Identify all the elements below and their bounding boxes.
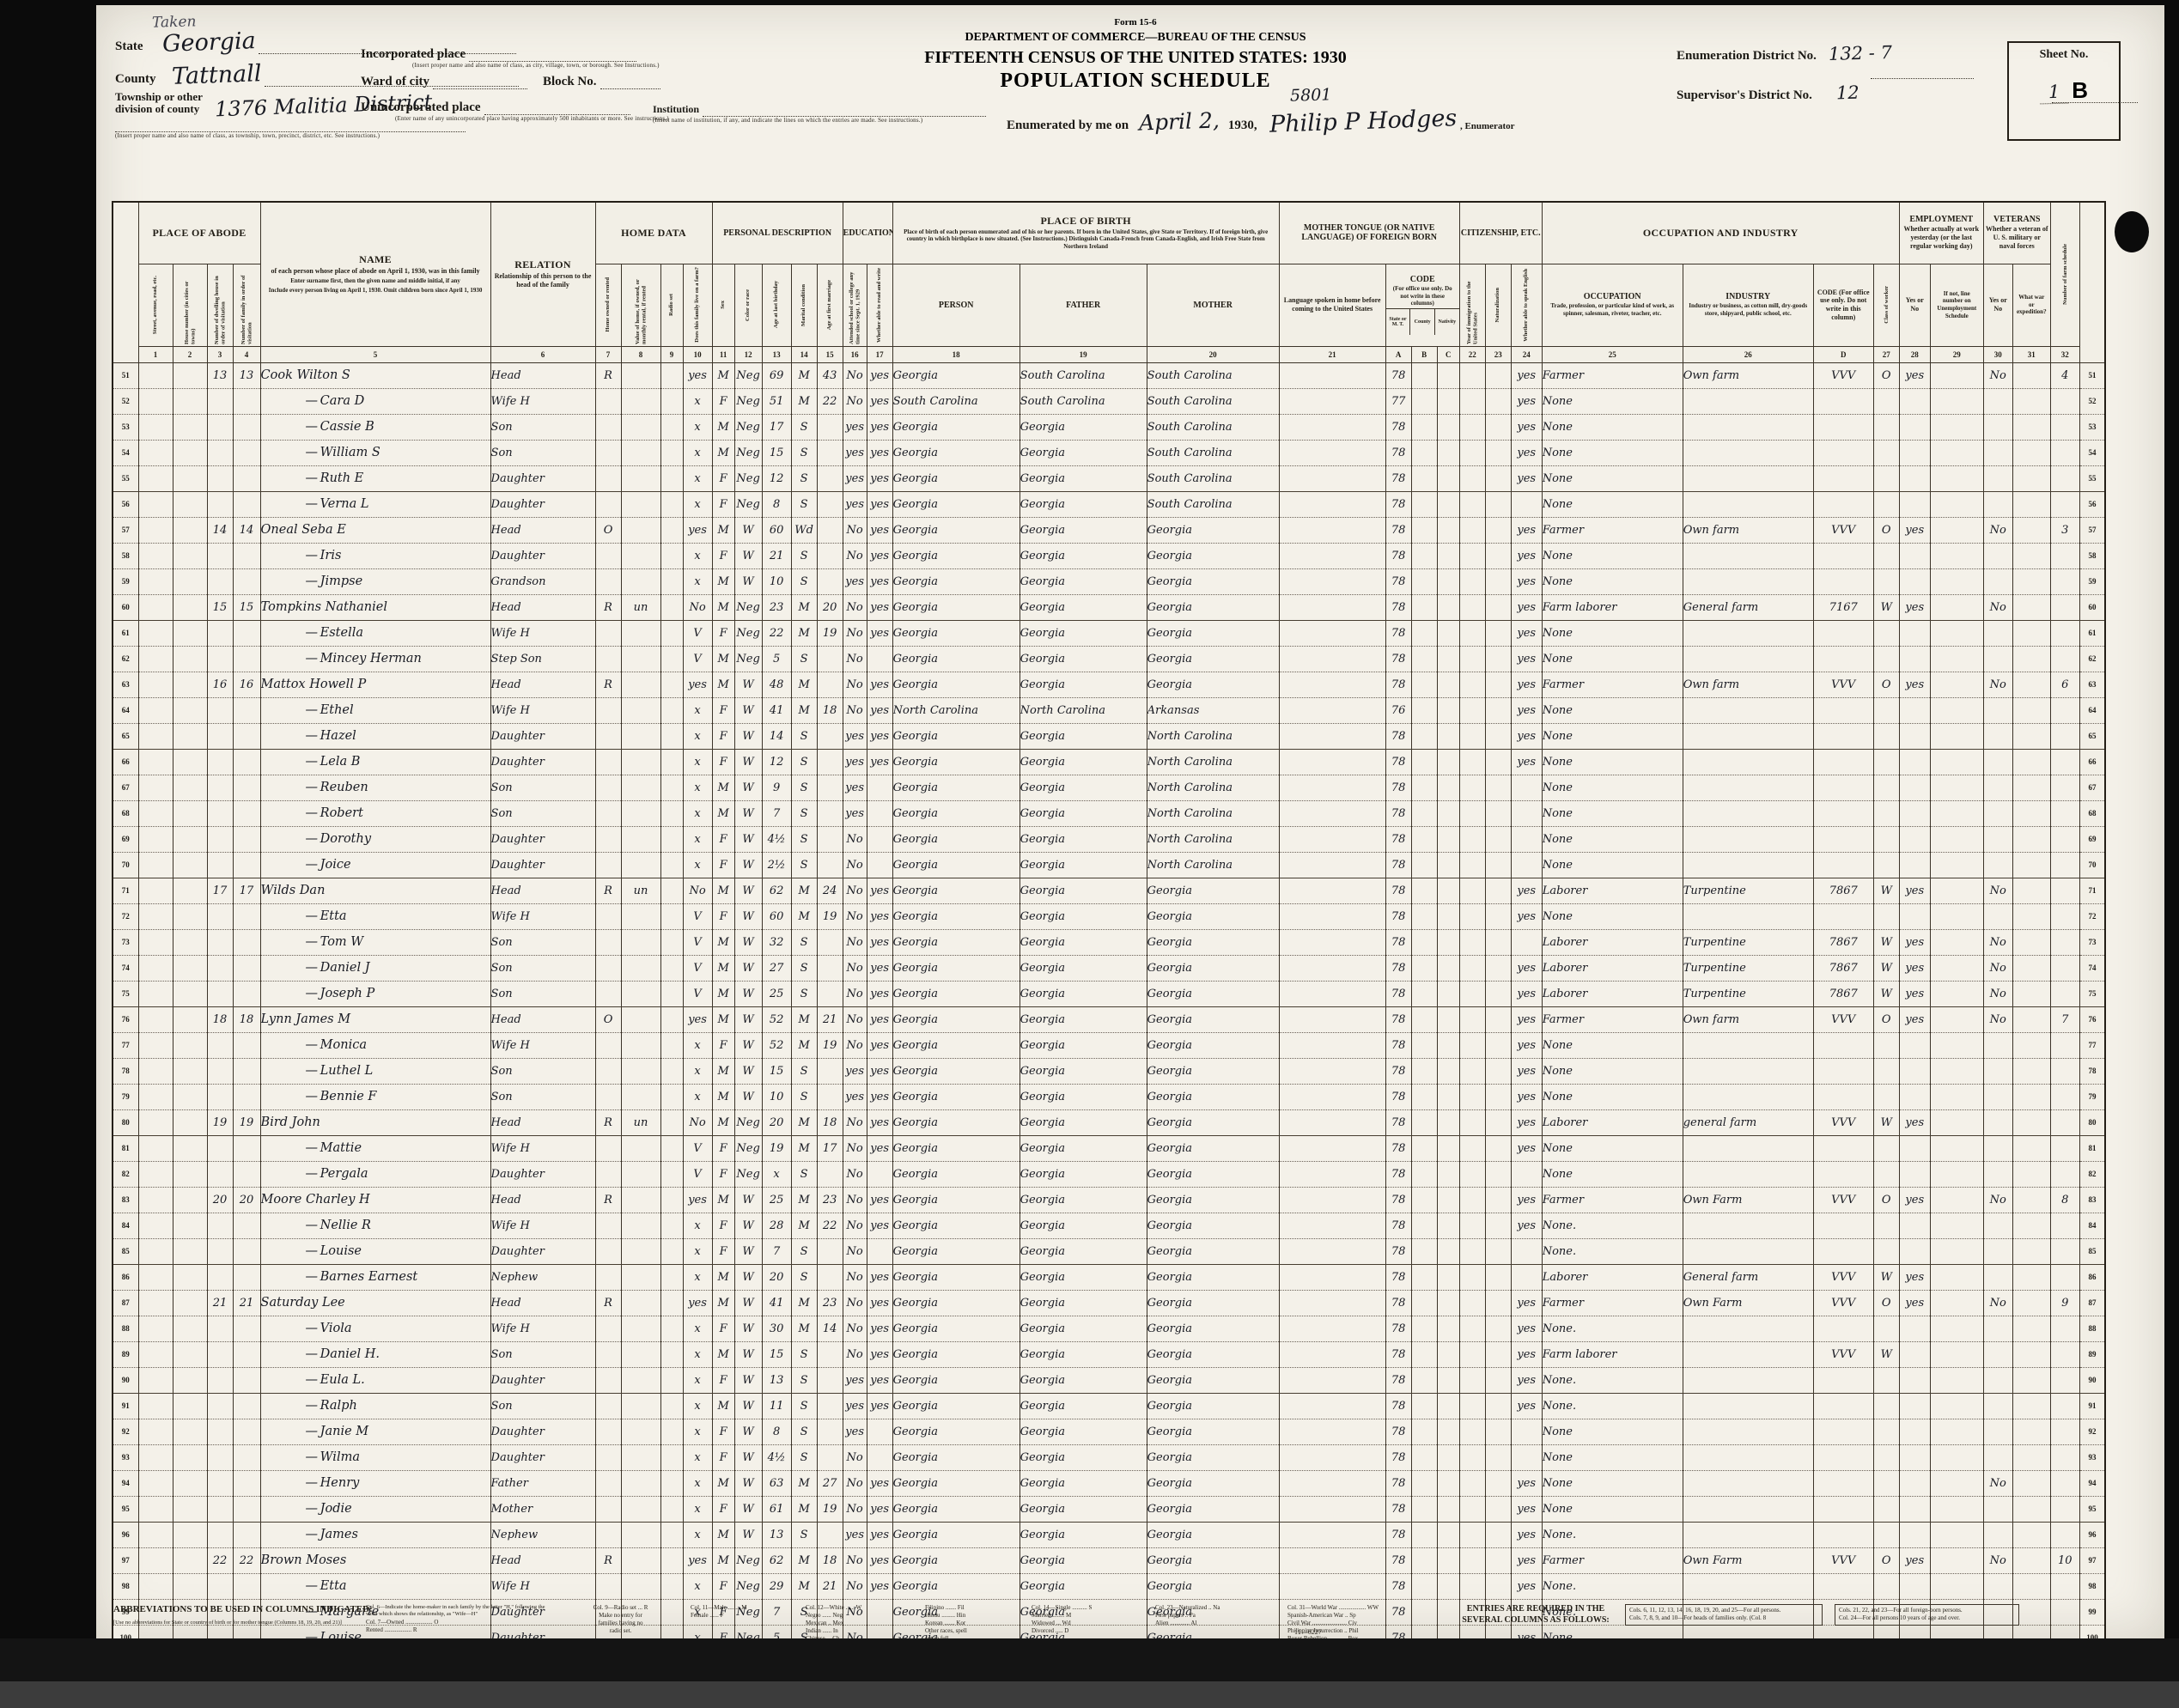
cell-rel: Daughter — [490, 749, 595, 775]
handwritten-entry: Georgia — [1020, 962, 1065, 975]
cell-value — [621, 1419, 660, 1444]
cell-war — [2012, 1161, 2050, 1187]
handwritten-entry: yes — [870, 1322, 889, 1335]
handwritten-entry: x — [694, 756, 700, 769]
cell-age: 29 — [762, 1573, 791, 1599]
handwritten-entry: South Carolina — [1147, 447, 1233, 459]
cell-war — [2012, 414, 2050, 440]
cell-ca: 78 — [1385, 826, 1411, 852]
handwritten-entry: Son — [491, 807, 513, 820]
handwritten-entry: 41 — [770, 1297, 784, 1310]
line-number: 85 — [2079, 1238, 2105, 1264]
cell-sch: No — [843, 1316, 867, 1341]
handwritten-entry: Georgia — [1020, 1477, 1065, 1490]
cell-agem — [817, 672, 843, 697]
cell-dw — [207, 697, 233, 723]
column-number: 13 — [762, 346, 791, 362]
schedule-title: POPULATION SCHEDULE — [843, 70, 1427, 93]
cell-pbm: Georgia — [1147, 543, 1279, 568]
cell-work — [1899, 749, 1930, 775]
cell-yim — [1459, 1547, 1485, 1573]
cell-own — [595, 929, 621, 955]
cell-farm: No — [683, 878, 712, 903]
cell-radio — [660, 1058, 683, 1084]
cell-pbm: South Carolina — [1147, 414, 1279, 440]
county-value: Tattnall — [171, 62, 261, 88]
sheet-value: 1 — [2040, 83, 2069, 105]
handwritten-entry: Georgia — [893, 1271, 938, 1284]
handwritten-entry: Georgia — [1147, 1580, 1192, 1593]
handwritten-entry: W — [742, 1194, 753, 1207]
handwritten-entry: yes — [845, 756, 864, 769]
handwritten-entry: O — [1882, 1013, 1891, 1026]
handwritten-entry: yes — [870, 1580, 889, 1593]
footer-line: Col. 31—World War .................. WW — [1287, 1604, 1446, 1612]
cell-cd — [1813, 1058, 1873, 1084]
cell-fs — [2050, 697, 2079, 723]
cell-sch: No — [843, 1187, 867, 1213]
handwritten-entry: un — [634, 1116, 648, 1129]
cell-sex: M — [712, 1006, 734, 1032]
col-language: Language spoken in home before coming to… — [1279, 264, 1385, 346]
cell-fam — [233, 1213, 260, 1238]
cell-rw: yes — [867, 723, 892, 749]
handwritten-entry: F — [720, 1168, 727, 1181]
cell-rw: yes — [867, 440, 892, 465]
cell-own — [595, 955, 621, 981]
cell-pbp: Georgia — [892, 1522, 1020, 1547]
handwritten-entry: yes — [870, 1271, 889, 1284]
cell-name: Louise — [260, 1238, 490, 1264]
handwritten-entry: F — [720, 1451, 727, 1464]
cell-age: 25 — [762, 981, 791, 1006]
cell-mar: M — [791, 362, 817, 388]
cell-name: Joseph P — [260, 981, 490, 1006]
handwritten-entry: R — [604, 601, 612, 614]
handwritten-entry: 78 — [1391, 1065, 1406, 1078]
cell-work: yes — [1899, 929, 1930, 955]
handwritten-entry: North Carolina — [1147, 756, 1233, 769]
abbrev-note: [Use no abbreviations for State or count… — [113, 1620, 354, 1626]
cell-eng: yes — [1511, 646, 1542, 672]
cell-radio — [660, 1444, 683, 1470]
cell-cls — [1873, 1522, 1899, 1547]
handwritten-entry: 76 — [1391, 704, 1406, 717]
cell-mar: S — [791, 852, 817, 878]
handwritten-entry: M — [798, 1554, 809, 1567]
sheet-letter: B — [2072, 77, 2088, 103]
handwritten-entry: No — [1990, 884, 2006, 897]
cell-ca: 78 — [1385, 1187, 1411, 1213]
cell-farm: V — [683, 646, 712, 672]
cell-name: Lela B — [260, 749, 490, 775]
col-employment-yesno: Yes or No — [1899, 264, 1930, 346]
cell-vet — [1983, 852, 2012, 878]
handwritten-entry: 43 — [823, 369, 837, 382]
handwritten-entry: Wife H — [491, 1219, 530, 1232]
handwritten-entry: yes — [870, 1013, 889, 1026]
cell-mar: S — [791, 1058, 817, 1084]
cell-sex: F — [712, 1135, 734, 1161]
cell-value — [621, 1213, 660, 1238]
cell-mar: M — [791, 1573, 817, 1599]
cell-cls — [1873, 1367, 1899, 1393]
handwritten-entry: 7867 — [1829, 884, 1858, 897]
cell-own — [595, 1084, 621, 1109]
cell-unemp — [1930, 929, 1983, 955]
cell-eng — [1511, 491, 1542, 517]
handwritten-entry: Georgia — [893, 910, 938, 923]
line-number: 85 — [113, 1238, 138, 1264]
cell-agem — [817, 1161, 843, 1187]
handwritten-entry: Daniel J — [306, 961, 370, 975]
cell-ind — [1683, 1393, 1813, 1419]
cell-ca: 78 — [1385, 955, 1411, 981]
handwritten-entry: None — [1543, 910, 1573, 923]
handwritten-entry: 17 — [240, 884, 254, 897]
cell-cc — [1437, 1341, 1459, 1367]
line-number: 60 — [2079, 594, 2105, 620]
handwritten-entry: 25 — [770, 988, 784, 1000]
cell-rw: yes — [867, 749, 892, 775]
line-number: 89 — [2079, 1341, 2105, 1367]
cell-vet: No — [1983, 672, 2012, 697]
cell-agem: 21 — [817, 1006, 843, 1032]
handwritten-entry: None — [1543, 627, 1573, 640]
handwritten-entry: 19 — [823, 1039, 837, 1052]
cell-cb — [1411, 1264, 1437, 1290]
handwritten-entry: yes — [870, 1116, 889, 1129]
handwritten-entry: M — [798, 1194, 809, 1207]
cell-own — [595, 620, 621, 646]
cell-mar: S — [791, 465, 817, 491]
cell-agem: 24 — [817, 878, 843, 903]
cell-rw: yes — [867, 1264, 892, 1290]
table-row: 98EttaWife HxFNeg29M21NoyesGeorgiaGeorgi… — [113, 1573, 2105, 1599]
cell-ca: 78 — [1385, 491, 1411, 517]
handwritten-entry: Jimpse — [306, 574, 363, 588]
handwritten-entry: VVV — [1831, 1013, 1855, 1026]
handwritten-entry: 22 — [770, 627, 784, 640]
handwritten-entry: yes — [870, 1400, 889, 1413]
cell-fam — [233, 1135, 260, 1161]
cell-agem — [817, 1367, 843, 1393]
footer-line: Col. 7—Owned .................. O — [366, 1619, 551, 1626]
cell-street — [138, 1161, 173, 1187]
handwritten-entry: M — [798, 1013, 809, 1026]
cell-work — [1899, 1316, 1930, 1341]
handwritten-entry: No — [847, 1219, 863, 1232]
cell-cc — [1437, 1238, 1459, 1264]
cell-mar: M — [791, 1032, 817, 1058]
cell-pbf: Georgia — [1020, 1084, 1147, 1109]
handwritten-entry: M — [798, 884, 809, 897]
cell-age: 17 — [762, 414, 791, 440]
handwritten-entry: S — [800, 962, 808, 975]
cell-race: W — [734, 1444, 762, 1470]
department-title: DEPARTMENT OF COMMERCE—BUREAU OF THE CEN… — [843, 31, 1427, 45]
cell-value — [621, 1084, 660, 1109]
cell-war — [2012, 620, 2050, 646]
cell-cls — [1873, 491, 1899, 517]
cell-value — [621, 1161, 660, 1187]
handwritten-entry: S — [800, 859, 808, 872]
footer-line: Col. 12—White ...... W — [806, 1604, 913, 1612]
handwritten-entry: Georgia — [893, 421, 938, 434]
cell-street — [138, 1187, 173, 1213]
line-number: 57 — [2079, 517, 2105, 543]
cell-war — [2012, 362, 2050, 388]
cell-agem: 27 — [817, 1470, 843, 1496]
cell-street — [138, 903, 173, 929]
cell-own — [595, 414, 621, 440]
cell-cls: O — [1873, 1290, 1899, 1316]
group-place-of-abode: PLACE OF ABODE — [138, 202, 260, 264]
cell-nat — [1485, 775, 1511, 800]
cell-rw — [867, 1444, 892, 1470]
cell-street — [138, 568, 173, 594]
cell-vet: No — [1983, 1187, 2012, 1213]
cell-agem — [817, 1419, 843, 1444]
cell-fam — [233, 1573, 260, 1599]
cell-cls — [1873, 826, 1899, 852]
cell-war — [2012, 800, 2050, 826]
cell-eng: yes — [1511, 1573, 1542, 1599]
cell-race: Neg — [734, 1547, 762, 1573]
cell-value — [621, 929, 660, 955]
cell-value — [621, 1316, 660, 1341]
cell-agem: 18 — [817, 697, 843, 723]
handwritten-entry: Laborer — [1543, 936, 1588, 949]
handwritten-entry: Georgia — [1020, 1271, 1065, 1284]
cell-yim — [1459, 362, 1485, 388]
handwritten-entry: Turpentine — [1683, 988, 1746, 1000]
cell-radio — [660, 1496, 683, 1522]
line-number: 76 — [113, 1006, 138, 1032]
cell-pbf: Georgia — [1020, 1522, 1147, 1547]
handwritten-entry: M — [717, 369, 728, 382]
cell-pbp: Georgia — [892, 1084, 1020, 1109]
cell-house — [173, 646, 207, 672]
cell-rw: yes — [867, 1367, 892, 1393]
cell-pbp: Georgia — [892, 1006, 1020, 1032]
cell-rw — [867, 646, 892, 672]
cell-pbm: Georgia — [1147, 1213, 1279, 1238]
cell-farm: x — [683, 826, 712, 852]
cell-age: 8 — [762, 1419, 791, 1444]
handwritten-entry: V — [693, 910, 701, 923]
cell-name: Jodie — [260, 1496, 490, 1522]
cell-agem — [817, 1393, 843, 1419]
cell-sch: No — [843, 1341, 867, 1367]
handwritten-entry: Turpentine — [1683, 884, 1746, 897]
handwritten-entry: Daughter — [491, 1168, 545, 1181]
cell-cc — [1437, 1496, 1459, 1522]
cell-house — [173, 388, 207, 414]
footer-line: Spanish-American War .. Sp — [1287, 1612, 1446, 1620]
cell-farm: yes — [683, 672, 712, 697]
cell-sex: F — [712, 1161, 734, 1187]
cell-cd — [1813, 1135, 1873, 1161]
handwritten-entry: 8 — [2061, 1194, 2068, 1207]
sup-district-value: 12 — [1836, 84, 1859, 103]
cell-nat — [1485, 903, 1511, 929]
cell-sex: F — [712, 697, 734, 723]
handwritten-entry: M — [717, 1554, 728, 1567]
cell-lang — [1279, 878, 1385, 903]
cell-occ: None — [1542, 414, 1683, 440]
cell-cb — [1411, 929, 1437, 955]
cell-pbm: Georgia — [1147, 1264, 1279, 1290]
enumerated-date: April 2, — [1139, 109, 1220, 133]
cell-cb — [1411, 723, 1437, 749]
table-row: 53Cassie BSonxMNeg17SyesyesGeorgiaGeorgi… — [113, 414, 2105, 440]
cell-fam: 19 — [233, 1109, 260, 1135]
col-sex: Sex — [712, 264, 734, 346]
handwritten-entry: None. — [1543, 1374, 1576, 1387]
cell-pbp: Georgia — [892, 1058, 1020, 1084]
cell-occ: None — [1542, 1058, 1683, 1084]
cell-cd — [1813, 388, 1873, 414]
cell-cb — [1411, 1444, 1437, 1470]
handwritten-entry: 19 — [213, 1116, 228, 1129]
handwritten-entry: Daughter — [491, 833, 545, 846]
handwritten-entry: W — [1881, 1271, 1892, 1284]
handwritten-entry: 78 — [1391, 1580, 1406, 1593]
handwritten-entry: F — [720, 1039, 727, 1052]
cell-pbp: Georgia — [892, 775, 1020, 800]
cell-rw: yes — [867, 1084, 892, 1109]
cell-lang — [1279, 568, 1385, 594]
col-age-first-marriage: Age at first marriage — [817, 264, 843, 346]
handwritten-entry: 13 — [240, 369, 254, 382]
cell-fam — [233, 620, 260, 646]
cell-cls — [1873, 1444, 1899, 1470]
line-number: 53 — [113, 414, 138, 440]
handwritten-entry: Georgia — [893, 1580, 938, 1593]
column-number: 30 — [1983, 346, 2012, 362]
table-row: 68RobertSonxMW7SyesGeorgiaGeorgiaNorth C… — [113, 800, 2105, 826]
cell-age: 62 — [762, 1547, 791, 1573]
handwritten-entry: yes — [870, 1529, 889, 1541]
cell-ind — [1683, 1058, 1813, 1084]
cell-agem: 19 — [817, 620, 843, 646]
handwritten-entry: Own farm — [1683, 678, 1739, 691]
cell-sex: M — [712, 1084, 734, 1109]
handwritten-entry: 12 — [770, 756, 784, 769]
cell-rw — [867, 800, 892, 826]
cell-cd — [1813, 1444, 1873, 1470]
handwritten-entry: F — [720, 730, 727, 743]
cell-yim — [1459, 1444, 1485, 1470]
column-number: 1 — [138, 346, 173, 362]
cell-work — [1899, 388, 1930, 414]
handwritten-entry: 78 — [1391, 1271, 1406, 1284]
handwritten-entry: yes — [1517, 369, 1536, 382]
handwritten-entry: yes — [870, 369, 889, 382]
handwritten-entry: 78 — [1391, 833, 1406, 846]
handwritten-entry: M — [798, 678, 809, 691]
handwritten-entry: yes — [870, 575, 889, 588]
cell-house — [173, 1084, 207, 1109]
line-number: 65 — [113, 723, 138, 749]
handwritten-entry: 2½ — [768, 859, 786, 872]
column-number: 26 — [1683, 346, 1813, 362]
cell-name: Etta — [260, 903, 490, 929]
handwritten-entry: Georgia — [1020, 1168, 1065, 1181]
footer-line: Hindu ......... Hin — [925, 1612, 1020, 1620]
handwritten-entry: None — [1543, 472, 1573, 485]
cell-pbf: Georgia — [1020, 620, 1147, 646]
cell-unemp — [1930, 594, 1983, 620]
cell-ind — [1683, 852, 1813, 878]
cell-cd — [1813, 491, 1873, 517]
cell-lang — [1279, 723, 1385, 749]
cell-nat — [1485, 878, 1511, 903]
handwritten-entry: Neg — [736, 421, 759, 434]
cell-eng: yes — [1511, 697, 1542, 723]
cell-nat — [1485, 646, 1511, 672]
cell-name: Pergala — [260, 1161, 490, 1187]
cell-age: 4½ — [762, 1444, 791, 1470]
cell-occ: Farmer — [1542, 672, 1683, 697]
handwritten-entry: Son — [491, 1400, 513, 1413]
handwritten-entry: Lynn James M — [261, 1012, 351, 1026]
cell-pbf: Georgia — [1020, 568, 1147, 594]
cell-war — [2012, 1006, 2050, 1032]
handwritten-entry: Georgia — [1020, 1297, 1065, 1310]
cell-rw: yes — [867, 517, 892, 543]
cell-street — [138, 1316, 173, 1341]
cell-pbf: South Carolina — [1020, 388, 1147, 414]
handwritten-entry: yes — [1517, 575, 1536, 588]
handwritten-entry: 78 — [1391, 1451, 1406, 1464]
cell-cls — [1873, 1470, 1899, 1496]
handwritten-entry: No — [847, 1580, 863, 1593]
handwritten-entry: F — [720, 1142, 727, 1155]
cell-mar: M — [791, 1135, 817, 1161]
cell-cb — [1411, 1238, 1437, 1264]
cell-house — [173, 826, 207, 852]
cell-cc — [1437, 1084, 1459, 1109]
cell-own: R — [595, 878, 621, 903]
cell-own — [595, 543, 621, 568]
cell-work — [1899, 1367, 1930, 1393]
cell-eng: yes — [1511, 1109, 1542, 1135]
cell-work — [1899, 1496, 1930, 1522]
line-number: 91 — [2079, 1393, 2105, 1419]
cell-occ: Farmer — [1542, 1547, 1683, 1573]
cell-yim — [1459, 697, 1485, 723]
cell-radio — [660, 414, 683, 440]
cell-pbp: Georgia — [892, 1290, 1020, 1316]
handwritten-entry: W — [742, 704, 753, 717]
cell-ind — [1683, 646, 1813, 672]
cell-nat — [1485, 491, 1511, 517]
cell-pbf: Georgia — [1020, 1058, 1147, 1084]
cell-cb — [1411, 1290, 1437, 1316]
cell-cls — [1873, 1161, 1899, 1187]
cell-lang — [1279, 517, 1385, 543]
handwritten-entry: 8 — [773, 1425, 780, 1438]
cell-pbp: Georgia — [892, 646, 1020, 672]
cell-radio — [660, 981, 683, 1006]
scan-bottom-band-gray — [0, 1681, 2179, 1708]
handwritten-entry: Head — [491, 678, 521, 691]
cell-agem — [817, 826, 843, 852]
cell-fs — [2050, 1496, 2079, 1522]
cell-dw: 17 — [207, 878, 233, 903]
